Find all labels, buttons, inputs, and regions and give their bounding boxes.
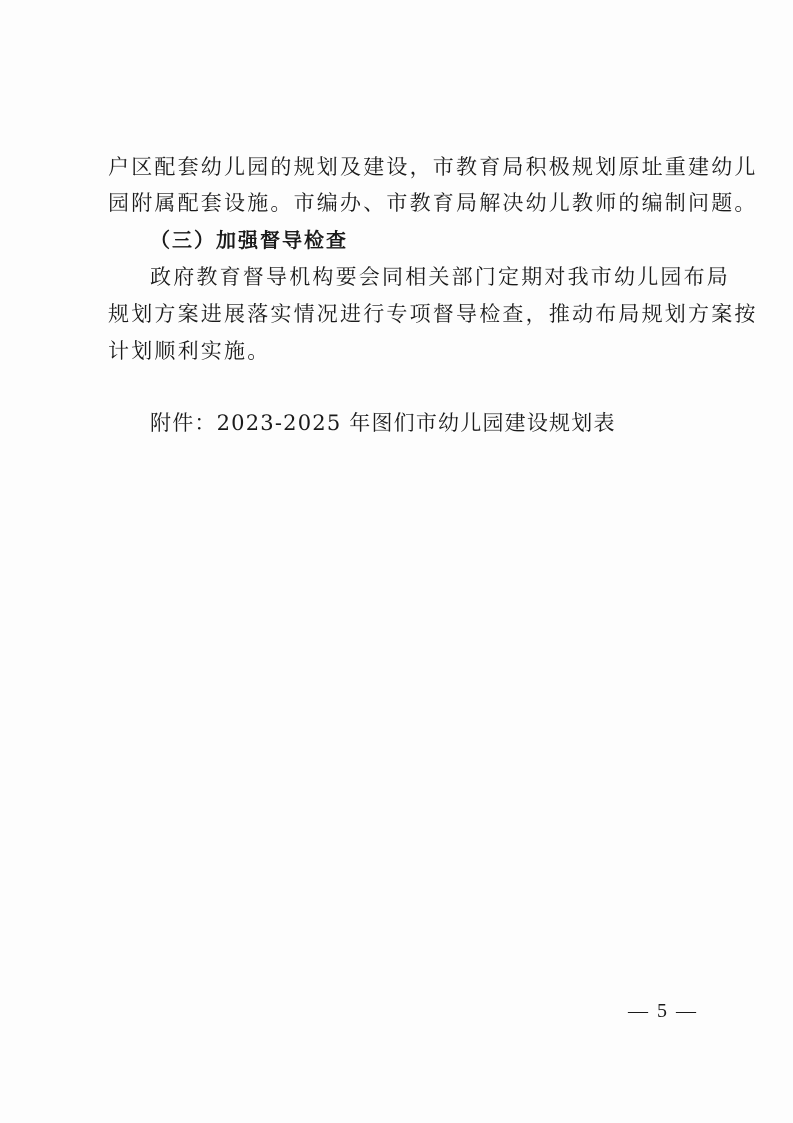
paragraph-line: 规划方案进展落实情况进行专项督导检查，推动布局规划方案按 [108,299,708,329]
document-page: 户区配套幼儿园的规划及建设，市教育局积极规划原址重建幼儿 园附属配套设施。市编办… [0,0,793,1123]
paragraph-line: 户区配套幼儿园的规划及建设，市教育局积极规划原址重建幼儿 [108,152,708,182]
paragraph-line: 园附属配套设施。市编办、市教育局解决幼儿教师的编制问题。 [108,188,708,218]
paragraph-line: 计划顺利实施。 [108,336,708,366]
page-number: — 5 — [628,1000,698,1023]
attachment-line: 附件：2023-2025 年图们市幼儿园建设规划表 [150,408,750,438]
paragraph-line: 政府教育督导机构要会同相关部门定期对我市幼儿园布局 [150,262,750,292]
section-heading: （三）加强督导检查 [150,225,750,255]
